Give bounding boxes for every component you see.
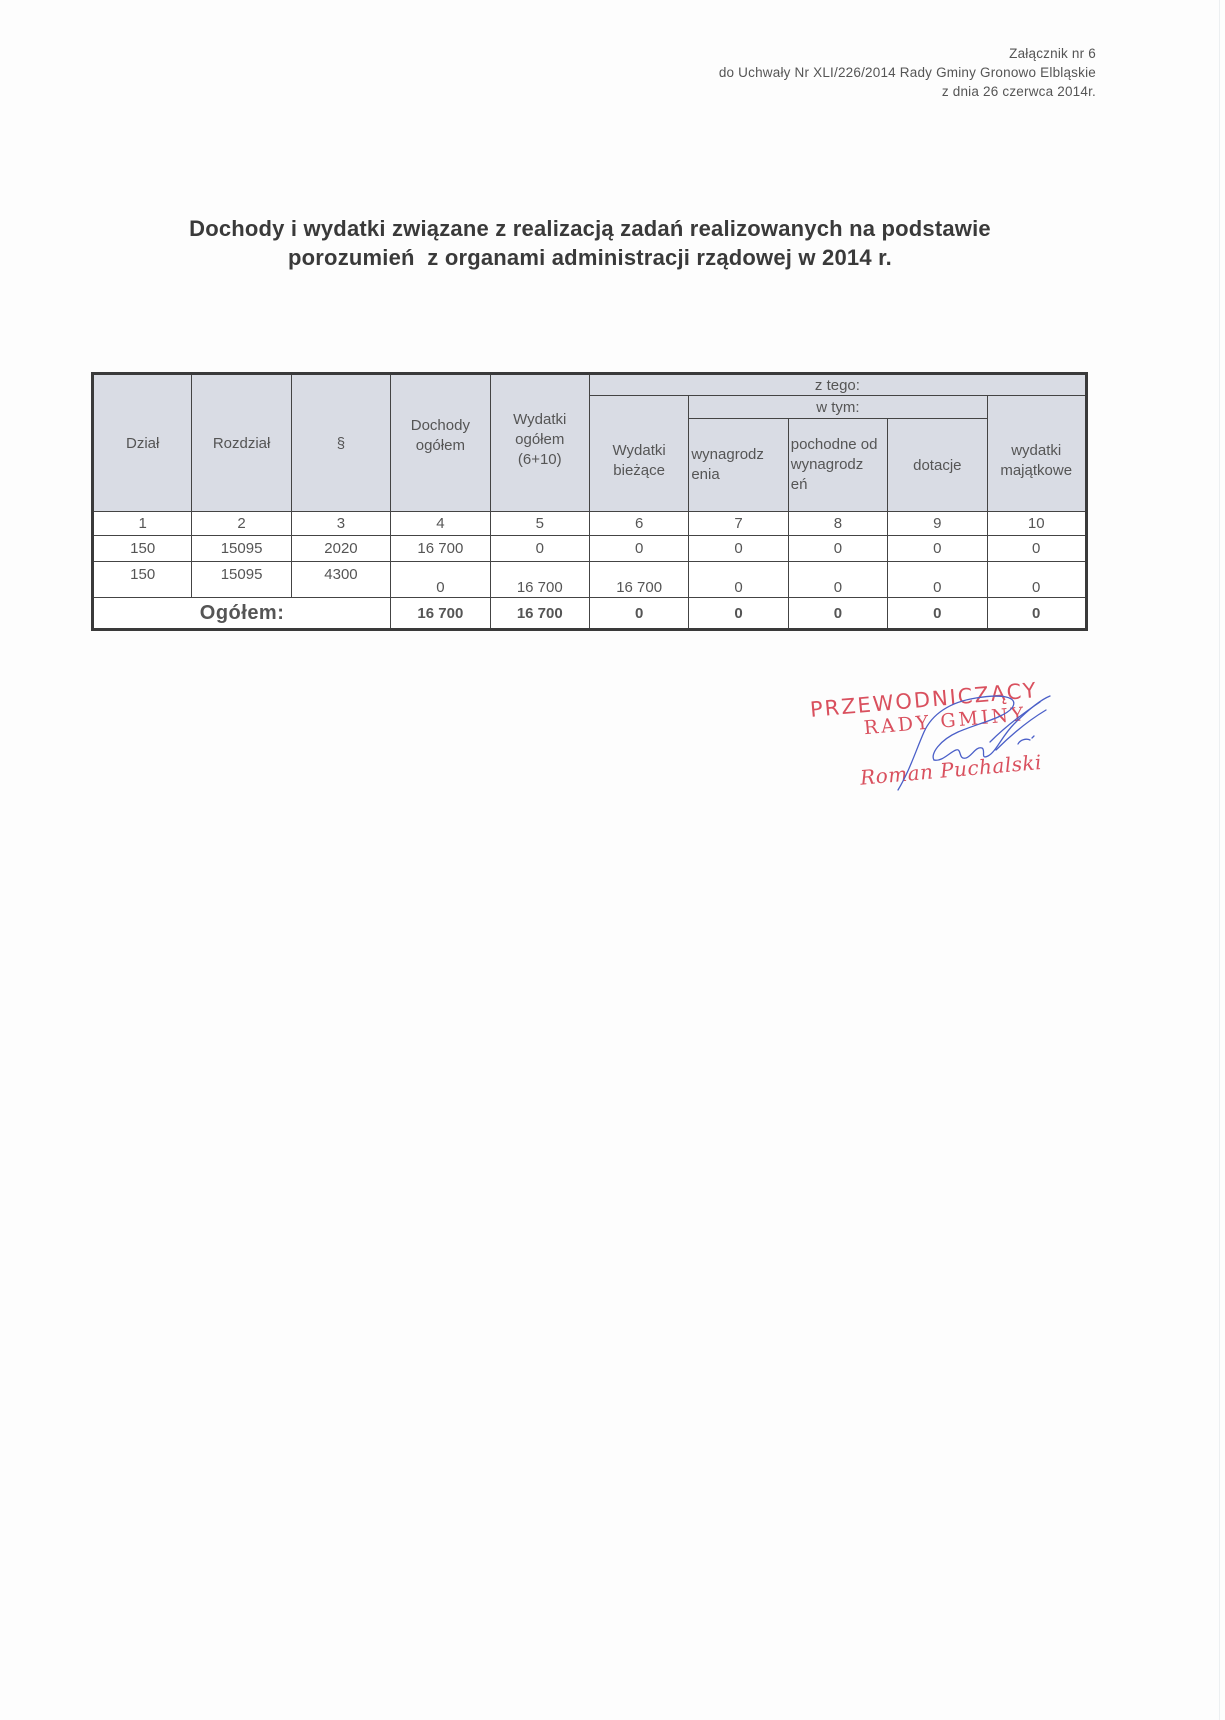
column-number: 1	[93, 512, 192, 536]
total-pochodne: 0	[788, 598, 887, 630]
column-number: 3	[291, 512, 390, 536]
total-wydatki-majatkowe: 0	[987, 598, 1086, 630]
title-line-2: porozumień z organami administracji rząd…	[120, 243, 1060, 272]
total-dochody-ogolem: 16 700	[391, 598, 490, 630]
cell-rozdzial: 15095	[192, 536, 291, 562]
header-wydatki-ogolem-text: Wydatki ogółem (6+10)	[505, 410, 575, 470]
cell-dzial: 150	[93, 562, 192, 598]
cell-dochody-ogolem: 16 700	[391, 536, 490, 562]
resolution-reference: do Uchwały Nr XLI/226/2014 Rady Gminy Gr…	[719, 63, 1096, 82]
column-number: 8	[788, 512, 887, 536]
total-label: Ogółem:	[93, 598, 391, 630]
document-title: Dochody i wydatki związane z realizacją …	[120, 214, 1060, 272]
cell-paragraf: 2020	[291, 536, 390, 562]
cell-wydatki-majatkowe: 0	[987, 562, 1086, 598]
budget-table: Dział Rozdział § Dochody ogółem Wydatki …	[91, 372, 1088, 631]
total-wydatki-biezace: 0	[589, 598, 688, 630]
column-number: 5	[490, 512, 589, 536]
cell-wydatki-biezace: 0	[589, 536, 688, 562]
total-wydatki-ogolem: 16 700	[490, 598, 589, 630]
column-number: 10	[987, 512, 1086, 536]
attachment-note: Załącznik nr 6 do Uchwały Nr XLI/226/201…	[719, 44, 1096, 101]
column-number: 7	[689, 512, 788, 536]
cell-dotacje: 0	[888, 562, 987, 598]
cell-wydatki-biezace: 16 700	[589, 562, 688, 598]
column-number: 4	[391, 512, 490, 536]
header-dochody-ogolem: Dochody ogółem	[391, 374, 490, 512]
header-z-tego: z tego:	[589, 374, 1086, 396]
column-number: 2	[192, 512, 291, 536]
header-dzial: Dział	[93, 374, 192, 512]
cell-wydatki-majatkowe: 0	[987, 536, 1086, 562]
header-wydatki-biezace: Wydatki bieżące	[589, 396, 688, 512]
header-w-tym: w tym:	[689, 396, 987, 419]
cell-pochodne: 0	[788, 562, 887, 598]
cell-dzial: 150	[93, 536, 192, 562]
total-wynagrodzenia: 0	[689, 598, 788, 630]
header-wydatki-ogolem: Wydatki ogółem (6+10)	[490, 374, 589, 512]
header-dotacje: dotacje	[888, 419, 987, 512]
header-wydatki-biezace-text: Wydatki bieżące	[604, 441, 674, 481]
cell-wydatki-ogolem: 0	[490, 536, 589, 562]
total-dotacje: 0	[888, 598, 987, 630]
header-wydatki-majatkowe: wydatki majątkowe	[987, 396, 1086, 512]
table-row: 150 15095 2020 16 700 0 0 0 0 0 0	[93, 536, 1087, 562]
header-pochodne-text: pochodne od wynagrodz eń	[791, 435, 879, 495]
column-number: 6	[589, 512, 688, 536]
total-row: Ogółem: 16 700 16 700 0 0 0 0 0	[93, 598, 1087, 630]
cell-rozdzial: 15095	[192, 562, 291, 598]
cell-paragraf: 4300	[291, 562, 390, 598]
column-numbers-row: 1 2 3 4 5 6 7 8 9 10	[93, 512, 1087, 536]
resolution-date: z dnia 26 czerwca 2014r.	[719, 82, 1096, 101]
header-dochody-ogolem-text: Dochody ogółem	[405, 416, 475, 456]
header-paragraf: §	[291, 374, 390, 512]
page-edge	[1219, 0, 1220, 1720]
attachment-number: Załącznik nr 6	[719, 44, 1096, 63]
table-row: 150 15095 4300 0 16 700 16 700 0 0 0 0	[93, 562, 1087, 598]
column-number: 9	[888, 512, 987, 536]
header-rozdzial: Rozdział	[192, 374, 291, 512]
cell-dochody-ogolem: 0	[391, 562, 490, 598]
header-wynagrodzenia: wynagrodz enia	[689, 419, 788, 512]
cell-dotacje: 0	[888, 536, 987, 562]
handwritten-signature	[880, 680, 1080, 810]
cell-wynagrodzenia: 0	[689, 536, 788, 562]
cell-pochodne: 0	[788, 536, 887, 562]
cell-wynagrodzenia: 0	[689, 562, 788, 598]
header-pochodne: pochodne od wynagrodz eń	[788, 419, 887, 512]
title-line-1: Dochody i wydatki związane z realizacją …	[120, 214, 1060, 243]
header-wynagrodzenia-text: wynagrodz enia	[691, 445, 779, 485]
cell-wydatki-ogolem: 16 700	[490, 562, 589, 598]
header-wydatki-majatkowe-text: wydatki majątkowe	[995, 441, 1077, 481]
